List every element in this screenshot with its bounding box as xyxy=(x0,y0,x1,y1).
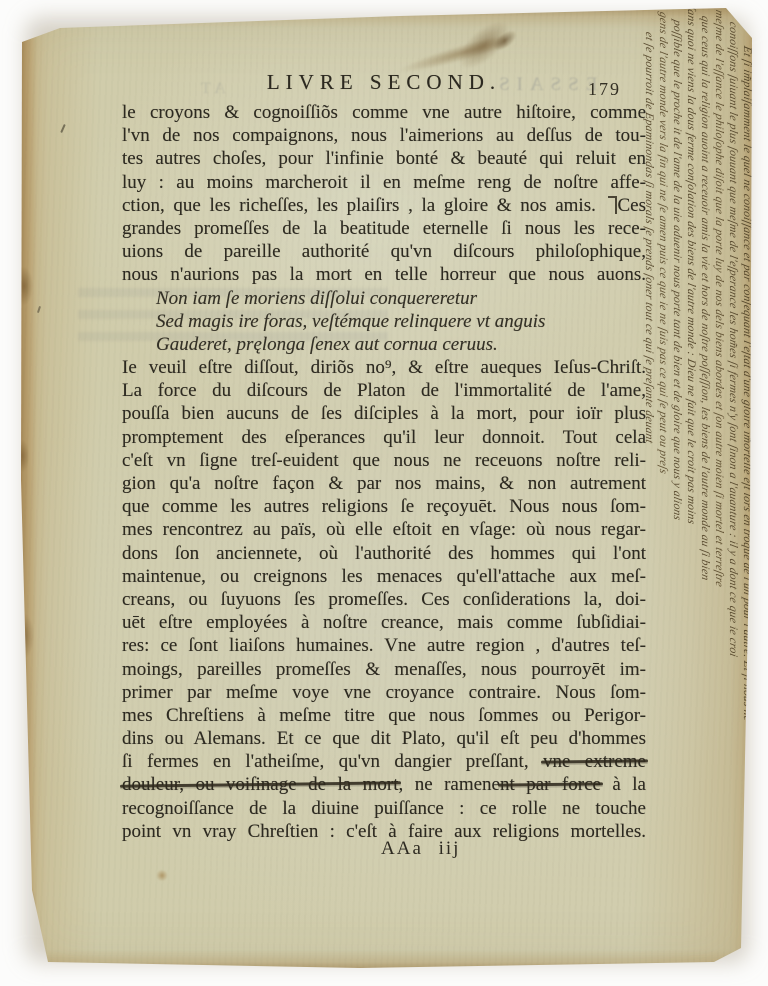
marginalia-line: et ſe pourroit de Epaminondas ſi morals … xyxy=(642,31,656,958)
text-line: La force du diſcours de Platon de l'immo… xyxy=(122,379,646,402)
text-segment: l'vn de nos compaignons, nous l'aimerion… xyxy=(122,125,646,146)
text-line: Sed magis ire foras, veſtémque relinquer… xyxy=(122,310,646,333)
text-line: mes Chreſtiens à meſme titre que nous ſo… xyxy=(122,704,646,727)
text-segment: luy : au moins marcheroit il en meſme re… xyxy=(122,172,646,193)
marginalia-line: gens de l'autre monde vers la fin qui ne… xyxy=(656,11,670,958)
struck-text: vne extreme xyxy=(543,751,646,772)
struck-text: nt par force xyxy=(500,774,601,795)
gathering-signature: AAa iij xyxy=(381,838,460,860)
text-segment: maintenue, ou creignons les menaces qu'e… xyxy=(122,566,646,587)
text-segment: , ne ramene xyxy=(399,774,500,795)
text-segment: Non iam ſe moriens diſſolui conquereretu… xyxy=(156,288,477,309)
text-segment: dins ou Alemans. Et ce que dit Plato, qu… xyxy=(122,728,646,749)
text-line: que comme les autres religions ſe reçoyu… xyxy=(122,495,646,518)
handwritten-marginalia: Et ſi im̃plaiſamment le quel ne conoiſſa… xyxy=(640,4,754,956)
text-line: l'vn de nos compaignons, nous l'aimerion… xyxy=(122,124,646,147)
text-line: Non iam ſe moriens diſſolui conquereretu… xyxy=(122,287,646,310)
page-number: 179 xyxy=(588,79,621,100)
text-segment: recognoiſſance de la diuine puiſſance : … xyxy=(122,798,646,819)
text-segment: La force du diſcours de Platon de l'immo… xyxy=(122,380,646,401)
text-line: le croyons & cognoiſſiõs comme vne autre… xyxy=(122,101,646,124)
text-segment: uions de pareille authorité qu'vn diſcou… xyxy=(122,241,646,262)
text-line: luy : au moins marcheroit il en meſme re… xyxy=(122,171,646,194)
text-segment: primer par meſme voye vne croyance contr… xyxy=(122,682,646,703)
text-segment: mes Chreſtiens à meſme titre que nous ſo… xyxy=(122,705,646,726)
text-line: creans, ou ſuyuons ſes promeſſes. Ces co… xyxy=(122,588,646,611)
text-line: maintenue, ou creignons les menaces qu'e… xyxy=(122,565,646,588)
marginalia-line: ſans quoi ne viens la dous ferme conſola… xyxy=(684,5,698,958)
text-segment: pouſſa bien aucuns de ſes diſciples à la… xyxy=(122,403,646,424)
scanned-book-page: { "document": { "header": { "title": "LI… xyxy=(0,0,768,986)
text-line: gion qu'a noſtre façon & par nos mains, … xyxy=(122,472,646,495)
marginalia-line: meſme de l'eſſance le philoſophe diſoit … xyxy=(712,9,726,958)
text-line: recognoiſſance de la diuine puiſſance : … xyxy=(122,797,646,820)
text-line: grandes promeſſes de la beatitude eterne… xyxy=(122,217,646,240)
text-line: dons ſon anciennete, où l'authorité des … xyxy=(122,542,646,565)
text-line: mes rencontrez au païs, où elle eſtoit e… xyxy=(122,518,646,541)
marginalia-line: que ceus qui la religion auoint a receuo… xyxy=(698,15,712,958)
text-segment: mes rencontrez au païs, où elle eſtoit e… xyxy=(122,519,646,540)
text-segment: creans, ou ſuyuons ſes promeſſes. Ces co… xyxy=(122,589,646,610)
text-line: Gauderet, pręlonga ſenex aut cornua ceru… xyxy=(122,333,646,356)
text-line: promptement des eſperances qu'il leur do… xyxy=(122,426,646,449)
text-segment: ſi fermes en l'atheiſme, qu'vn dangier p… xyxy=(122,751,543,772)
text-line: c'eſt vn ſigne treſ-euident que nous ne … xyxy=(122,449,646,472)
text-segment: que comme les autres religions ſe reçoyu… xyxy=(122,496,646,517)
text-line: uions de pareille authorité qu'vn diſcou… xyxy=(122,240,646,263)
text-segment: res: ce ſont liaiſons humaines. Vne autr… xyxy=(122,635,646,656)
text-line: nous n'aurions pas la mort en telle horr… xyxy=(122,263,646,286)
text-line: ction, que les richeſſes, les plaiſirs ,… xyxy=(122,194,646,217)
text-line: moings, pareilles promeſſes & menaſſes, … xyxy=(122,658,646,681)
text-segment: tes autres choſes, pour l'infinie bonté … xyxy=(122,148,646,169)
text-segment: moings, pareilles promeſſes & menaſſes, … xyxy=(122,659,646,680)
text-segment: ction, que les richeſſes, les plaiſirs ,… xyxy=(122,195,605,216)
text-segment: Sed magis ire foras, veſtémque relinquer… xyxy=(156,311,545,332)
running-title: LIVRE SECOND. xyxy=(122,70,646,95)
text-segment: Ie veuil eſtre diſſout, diriõs no⁹, & eſ… xyxy=(122,357,646,378)
text-segment: dons ſon anciennete, où l'authorité des … xyxy=(122,543,646,564)
text-line: uēt eſtre employées à noſtre creance, ma… xyxy=(122,611,646,634)
text-line: dins ou Alemans. Et ce que dit Plato, qu… xyxy=(122,727,646,750)
text-line: res: ce ſont liaiſons humaines. Vne autr… xyxy=(122,634,646,657)
paper-stain xyxy=(156,870,168,881)
text-segment: gion qu'a noſtre façon & par nos mains, … xyxy=(122,473,646,494)
insertion-mark-icon xyxy=(608,196,617,214)
struck-text: douleur, ou voiſinage de la mort xyxy=(122,774,399,795)
text-segment: promptement des eſperances qu'il leur do… xyxy=(122,427,646,448)
text-line: primer par meſme voye vne croyance contr… xyxy=(122,681,646,704)
text-line: ſi fermes en l'atheiſme, qu'vn dangier p… xyxy=(122,750,646,773)
text-line: Ie veuil eſtre diſſout, diriõs no⁹, & eſ… xyxy=(122,356,646,379)
book-page: ESSAIS AT LIVRE SECOND. 179 le croyons &… xyxy=(0,0,768,986)
text-line: pouſſa bien aucuns de ſes diſciples à la… xyxy=(122,402,646,425)
text-segment: le croyons & cognoiſſiõs comme vne autre… xyxy=(122,102,646,123)
text-segment: uēt eſtre employées à noſtre creance, ma… xyxy=(122,612,646,633)
text-segment: nous n'aurions pas la mort en telle horr… xyxy=(122,264,646,285)
text-line: douleur, ou voiſinage de la mort, ne ram… xyxy=(122,773,646,796)
body-text: le croyons & cognoiſſiõs comme vne autre… xyxy=(122,101,646,843)
text-segment: grandes promeſſes de la beatitude eterne… xyxy=(122,218,646,239)
marginalia-line: conoiſſons ſuiuant le plus ſouuant que m… xyxy=(726,21,740,958)
text-line: tes autres choſes, pour l'infinie bonté … xyxy=(122,147,646,170)
text-segment: c'eſt vn ſigne treſ-euident que nous ne … xyxy=(122,450,646,471)
marginalia-line: poſſible que le proche it de l'ame de la… xyxy=(670,19,684,958)
text-segment: Gauderet, pręlonga ſenex aut cornua ceru… xyxy=(156,334,498,355)
